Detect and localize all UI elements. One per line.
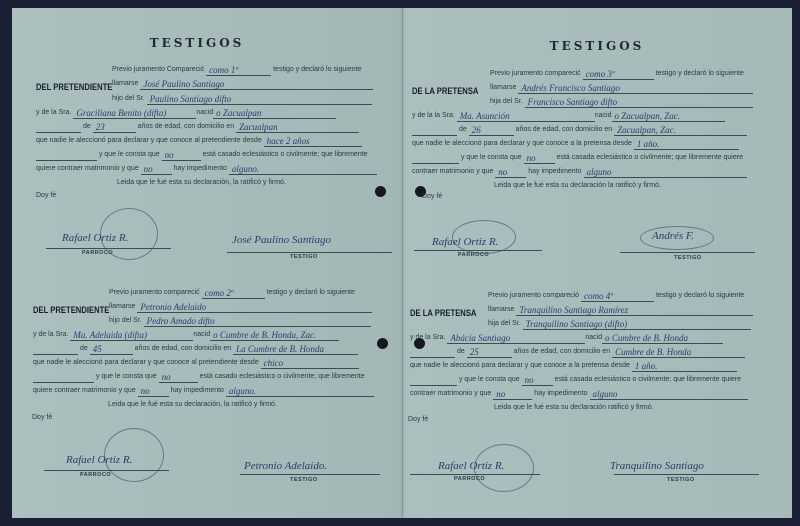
father-field: Paulino Santiago difto (147, 94, 372, 105)
doy-fe: Doy fé (422, 191, 442, 203)
birthplace-field: o Cumbre de B. Honda (602, 333, 723, 344)
father-field: Francisco Santiago difto (525, 97, 753, 108)
age-field: 45 (90, 344, 133, 355)
testigo-signature: Tranquilino Santiago (610, 460, 704, 472)
father-line: hija del Sr. Francisco Santiago difto (490, 96, 753, 108)
testigo-signature-line (614, 474, 759, 475)
testigo-signature-line (240, 474, 380, 475)
parroco-label: PARROCO (454, 476, 485, 482)
testigo-label: TESTIGO (290, 254, 318, 260)
impediment-detail-field: alguno (584, 167, 747, 178)
domicile-field: Zacualpan, Zac. (614, 125, 747, 136)
role-label: DE LA PRETENSA (412, 86, 478, 96)
previo-line: Previo juramento compareció como 4º test… (488, 290, 744, 302)
known-since-line: que nadie le aleccionó para declarar y q… (33, 357, 359, 369)
parroco-label: PARROCO (80, 472, 111, 478)
witness-number-field: como 1º (206, 65, 271, 76)
leida-line: Leida que le fué esta su declaración, la… (117, 177, 286, 189)
birthplace-field: o Cumbre de B. Honda, Zac. (210, 330, 339, 341)
testigo-signature-line (620, 252, 755, 253)
impediment-field: no (493, 389, 532, 400)
name-field: Andrés Francisco Santiago (518, 83, 753, 94)
testigo-label: TESTIGO (290, 477, 318, 483)
birthplace-field: o Zacualpan (213, 108, 336, 119)
previo-line: Previo juramento Comparecić como 1º test… (112, 64, 361, 76)
name-field: Tranquilino Santiago Ramírez (516, 305, 753, 316)
married-field: no (162, 150, 201, 161)
witness-number-field: como 4º (581, 291, 654, 302)
testigo-signature-line (227, 252, 392, 253)
name-field: José Paulino Santiago (140, 79, 373, 90)
testigo-signature: Petronio Adelaido. (244, 460, 327, 472)
name-line: llamarse Petronio Adelaido (109, 301, 372, 313)
known-since-line: que nadie le aleccionó para declarar y q… (36, 135, 362, 147)
domicile-field: La Cumbre de B. Honda (233, 344, 358, 355)
parroco-label: PARROCO (458, 252, 489, 258)
left-page: TESTIGOS Previo juramento Comparecić com… (12, 8, 402, 518)
age-line: de 25 años de edad, con domicilio en Cum… (410, 346, 745, 358)
married-field: no (522, 375, 553, 386)
doy-fe: Doy fé (36, 190, 56, 202)
mother-line: y de la Sra. Graciliana Benito (difta)na… (36, 107, 336, 119)
known-since-line: que nadie le aleccionó para declarar y q… (410, 360, 737, 372)
role-label: DEL PRETENDIENTE (33, 305, 109, 315)
birthplace-field: o Zacualpan, Zac. (612, 111, 725, 122)
known-since-field: chico (261, 358, 359, 369)
previo-line: Previo juramento comparecić como 2º test… (109, 287, 355, 299)
name-line: llamarse José Paulino Santiago (112, 78, 373, 90)
name-field: Petronio Adelaido (137, 302, 372, 313)
parroco-signature: Rafael Ortiz R. (438, 460, 504, 472)
age-field: 25 (467, 347, 512, 358)
known-since-field: 1 año. (632, 361, 737, 372)
mother-field: Ma. Adelaida (difta) (70, 330, 193, 341)
leida-line: Leida que le fué esta su declaración, la… (108, 399, 277, 411)
domicile-field: Cumbre de B. Honda (612, 347, 745, 358)
married-line: y que le consta que no está casada ecles… (412, 152, 743, 164)
impediment-field: no (141, 164, 172, 175)
impediment-detail-field: alguno (590, 389, 748, 400)
married-line: y que le consta que no está casado ecles… (33, 371, 365, 383)
doy-fe: Doy fé (408, 414, 428, 426)
known-since-line: que nadie le aleccionó para declarar y q… (412, 138, 739, 150)
name-line: llamarse Andrés Francisco Santiago (490, 82, 753, 94)
age-line: de 26 años de edad, con domicilio en Zac… (412, 124, 747, 136)
page-title: TESTIGOS (402, 39, 792, 53)
mother-line: y de la Sra. Ma. Adelaida (difta)nacido … (33, 329, 339, 341)
father-field: Tranquilino Santiago (difto) (523, 319, 751, 330)
known-since-field: hace 2 años (264, 136, 362, 147)
parroco-signature-line (414, 250, 542, 251)
parroco-label: PARROCO (82, 250, 113, 256)
document-sheet: TESTIGOS Previo juramento Comparecić com… (12, 8, 792, 518)
impediment-field: no (138, 386, 169, 397)
witness-number-field: como 3º (583, 69, 654, 80)
impediment-line: quiere contraer matrimonio y que no hay … (33, 385, 374, 397)
testigo-signature: Andrés F. (652, 230, 694, 242)
impediment-line: contraer matrimonio y que no hay impedim… (410, 388, 748, 400)
name-line: llamarse Tranquilino Santiago Ramírez (488, 304, 753, 316)
father-line: hijo del Sr. Paulino Santiago difto (112, 93, 372, 105)
age-line: de 45 años de edad, con domicilio en La … (33, 343, 358, 355)
testigo-label: TESTIGO (674, 255, 702, 261)
leida-line: Leida que le fué esta su declaración la … (494, 180, 661, 192)
mother-field: Ma. Asunción (457, 111, 595, 122)
father-line: hijo del Sr. Pedro Amado difto (109, 315, 371, 327)
parroco-signature: Rafael Ortiz R. (66, 454, 132, 466)
role-label: DEL PRETENDIENTE (36, 82, 112, 92)
father-line: hija del Sr. Tranquilino Santiago (difto… (488, 318, 751, 330)
mother-field: Abácia Santiago (447, 333, 585, 344)
witness-number-field: como 2º (202, 288, 265, 299)
age-line: de 23 años de edad, con domicilio en Zac… (36, 121, 359, 133)
right-page: TESTIGOS Previo juramento comparecić com… (402, 8, 792, 518)
role-label: DE LA PRETENSA (410, 308, 476, 318)
mother-field: Graciliana Benito (difta) (73, 108, 196, 119)
age-field: 26 (469, 125, 514, 136)
married-line: y que le consta que no está casado ecles… (36, 149, 368, 161)
married-field: no (524, 153, 555, 164)
previo-line: Previo juramento comparecić como 3º test… (490, 68, 744, 80)
parroco-signature: Rafael Ortiz R. (62, 232, 128, 244)
impediment-detail-field: alguno. (226, 386, 374, 397)
parroco-signature-line (44, 470, 169, 471)
impediment-line: contraer matrimonio y que no hay impedim… (412, 166, 747, 178)
domicile-field: Zacualpan (236, 122, 359, 133)
doy-fe: Doy fé (32, 412, 52, 424)
married-line: y que le consta que no está casada ecles… (410, 374, 741, 386)
known-since-field: 1 año. (634, 139, 739, 150)
parroco-signature-line (410, 474, 540, 475)
married-field: no (159, 372, 198, 383)
age-field: 23 (93, 122, 136, 133)
impediment-line: quiere contraer matrimonio y que no hay … (36, 163, 377, 175)
mother-line: y de la la Sra. Ma. Asunciónnacido Zacua… (412, 110, 725, 122)
page-title: TESTIGOS (2, 36, 392, 50)
impediment-field: no (495, 167, 526, 178)
parroco-signature: Rafael Ortiz R. (432, 236, 498, 248)
testigo-label: TESTIGO (667, 477, 695, 483)
father-field: Pedro Amado difto (144, 316, 371, 327)
parroco-signature-line (46, 248, 171, 249)
leida-line: Leida que le fué esta su declaración rat… (494, 402, 654, 414)
impediment-detail-field: alguno. (229, 164, 377, 175)
testigo-signature: José Paulino Santiago (232, 234, 331, 246)
mother-line: y de la Sra. Abácia Santiagonacido Cumbr… (410, 332, 723, 344)
